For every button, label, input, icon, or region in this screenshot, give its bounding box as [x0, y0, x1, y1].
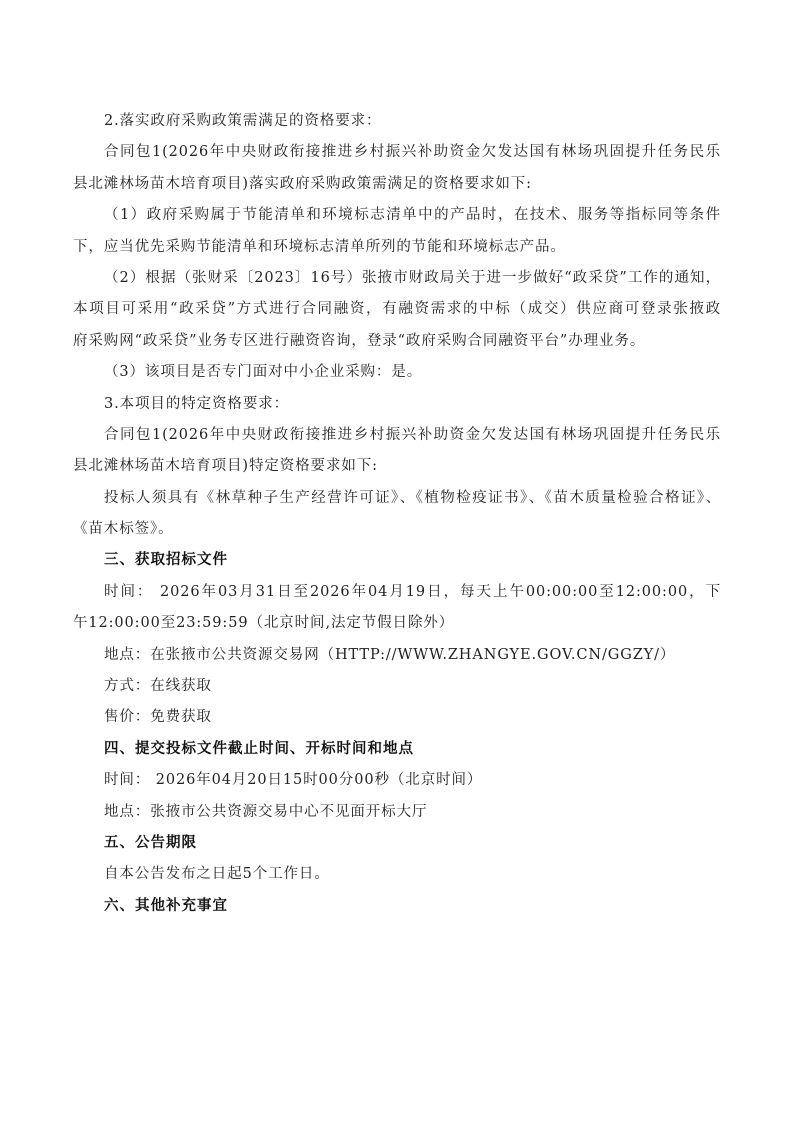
- paragraph-line: 时间： 2026年04月20日15时00分00秒（北京时间）: [73, 765, 721, 796]
- paragraph-line: 售价：免费获取: [73, 702, 721, 733]
- paragraph-line: 合同包1(2026年中央财政衔接推进乡村振兴补助资金欠发达国有林场巩固提升任务民…: [73, 420, 721, 451]
- paragraph-line: 县北滩林场苗木培育项目)特定资格要求如下:: [73, 451, 721, 482]
- section-heading: 2.落实政府采购政策需满足的资格要求：: [73, 106, 721, 137]
- paragraph-line: 下，应当优先采购节能清单和环境标志清单所列的节能和环境标志产品。: [73, 232, 721, 263]
- paragraph-line: 方式：在线获取: [73, 671, 721, 702]
- paragraph-line: 午12:00:00至23:59:59（北京时间,法定节假日除外）: [73, 608, 721, 639]
- paragraph-line: 县北滩林场苗木培育项目)落实政府采购政策需满足的资格要求如下:: [73, 169, 721, 200]
- part-heading: 四、提交投标文件截止时间、开标时间和地点: [73, 734, 721, 765]
- paragraph-line: 《苗木标签》。: [73, 514, 721, 545]
- section-heading: 3.本项目的特定资格要求：: [73, 389, 721, 420]
- paragraph-line: 自本公告发布之日起5个工作日。: [73, 859, 721, 890]
- paragraph-line: 地点：在张掖市公共资源交易网（HTTP://WWW.ZHANGYE.GOV.CN…: [73, 640, 721, 671]
- document-page: 2.落实政府采购政策需满足的资格要求： 合同包1(2026年中央财政衔接推进乡村…: [73, 106, 721, 922]
- paragraph-line: 地点：张掖市公共资源交易中心不见面开标大厅: [73, 797, 721, 828]
- paragraph-line: 投标人须具有《林草种子生产经营许可证》、《植物检疫证书》、《苗木质量检验合格证》…: [73, 483, 721, 514]
- part-heading: 五、公告期限: [73, 828, 721, 859]
- paragraph-line: （3）该项目是否专门面对中小企业采购：是。: [73, 357, 721, 388]
- part-heading: 六、其他补充事宜: [73, 891, 721, 922]
- paragraph-line: 本项目可采用“政采贷”方式进行合同融资，有融资需求的中标（成交）供应商可登录张掖…: [73, 294, 721, 325]
- paragraph-line: （1）政府采购属于节能清单和环境标志清单中的产品时，在技术、服务等指标同等条件: [73, 200, 721, 231]
- paragraph-line: 时间： 2026年03月31日至2026年04月19日，每天上午00:00:00…: [73, 577, 721, 608]
- paragraph-line: （2）根据（张财采〔2023〕16号）张掖市财政局关于进一步做好“政采贷”工作的…: [73, 263, 721, 294]
- part-heading: 三、获取招标文件: [73, 545, 721, 576]
- paragraph-line: 合同包1(2026年中央财政衔接推进乡村振兴补助资金欠发达国有林场巩固提升任务民…: [73, 137, 721, 168]
- paragraph-line: 府采购网“政采贷”业务专区进行融资咨询，登录“政府采购合同融资平台”办理业务。: [73, 326, 721, 357]
